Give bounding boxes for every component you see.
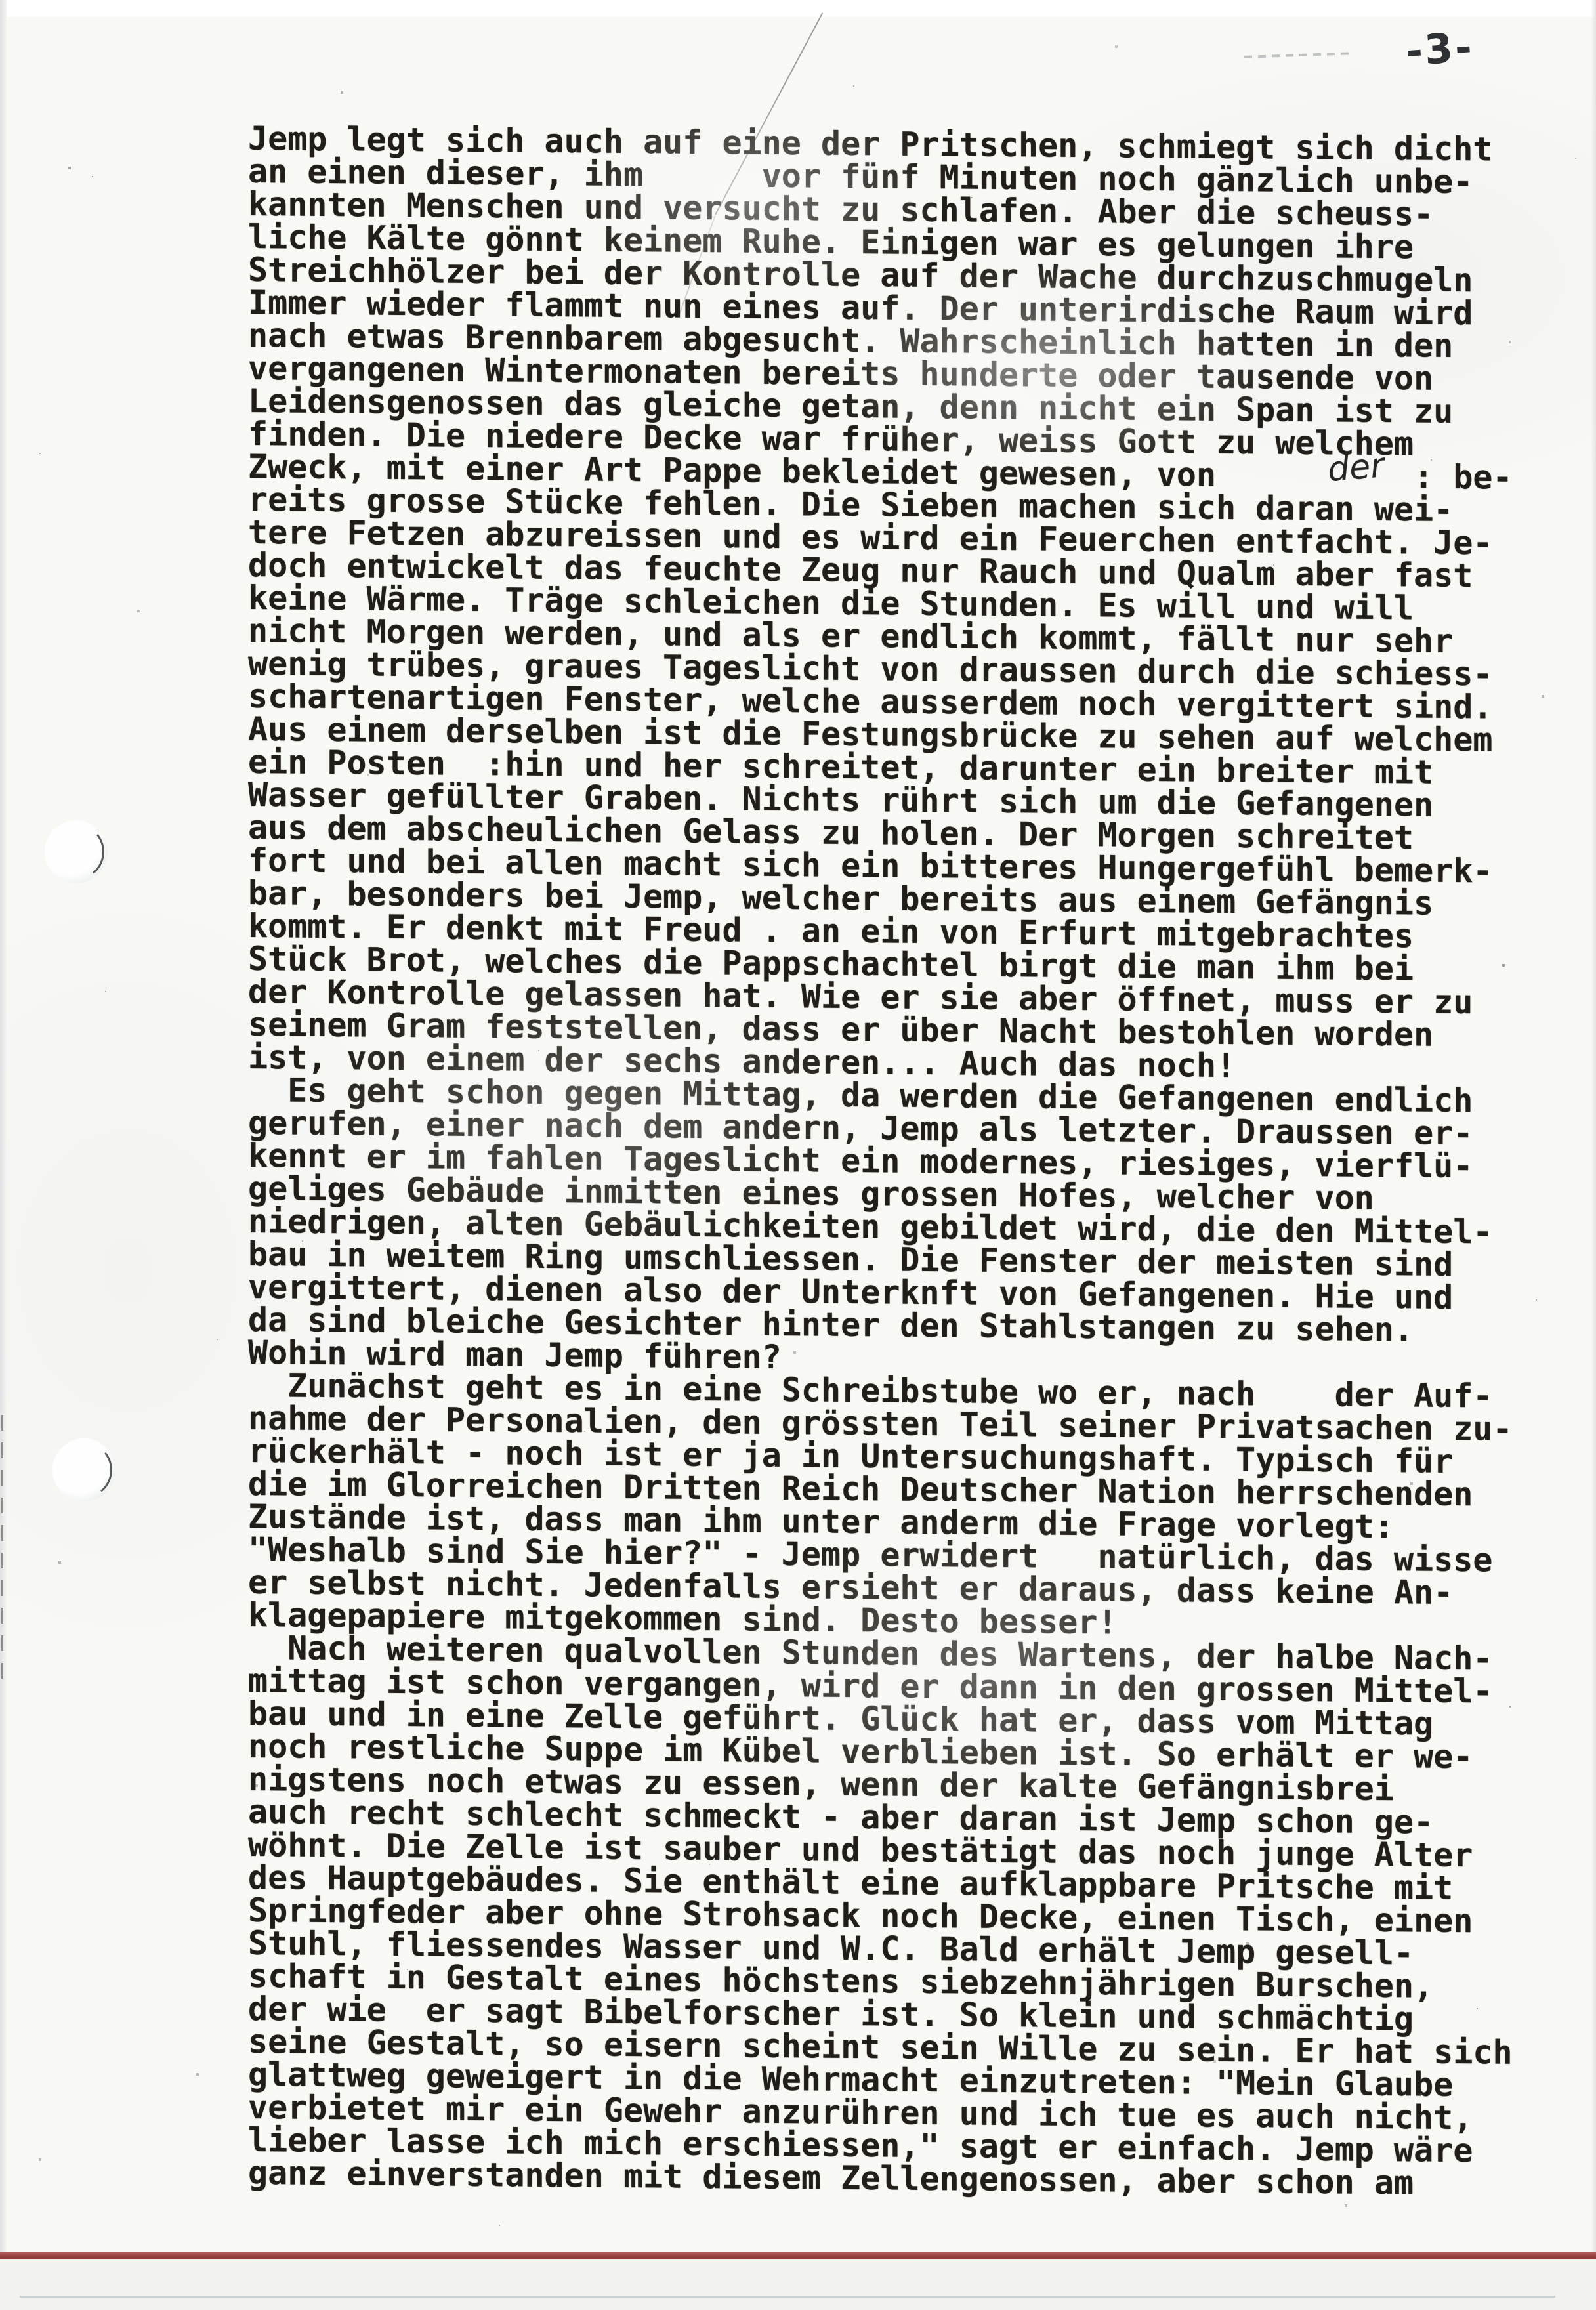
bottom-edge-line: [20, 2296, 1555, 2298]
punch-hole: [52, 1438, 115, 1501]
right-edge-shadow: [1591, 0, 1596, 2310]
punch-hole: [45, 820, 108, 883]
page-number: -3-: [1404, 22, 1475, 75]
bottom-band: [0, 2259, 1596, 2310]
red-margin-rule: [0, 2252, 1596, 2259]
handwritten-insert: der: [1326, 448, 1386, 487]
left-edge-shadow: [0, 0, 7, 2310]
typewritten-text: der Jemp legt sich auch auf eine der Pri…: [248, 122, 1567, 2201]
left-edge-marks: [1, 1415, 3, 1690]
pencil-squiggle: [1244, 52, 1354, 58]
scanner-edge-top: [0, 0, 1596, 17]
paper-noise: [0, 0, 1, 1]
scanned-page: der Jemp legt sich auch auf eine der Pri…: [0, 0, 1596, 2310]
text-line: ganz einverstanden mit diesem Zellengeno…: [248, 2156, 1567, 2201]
